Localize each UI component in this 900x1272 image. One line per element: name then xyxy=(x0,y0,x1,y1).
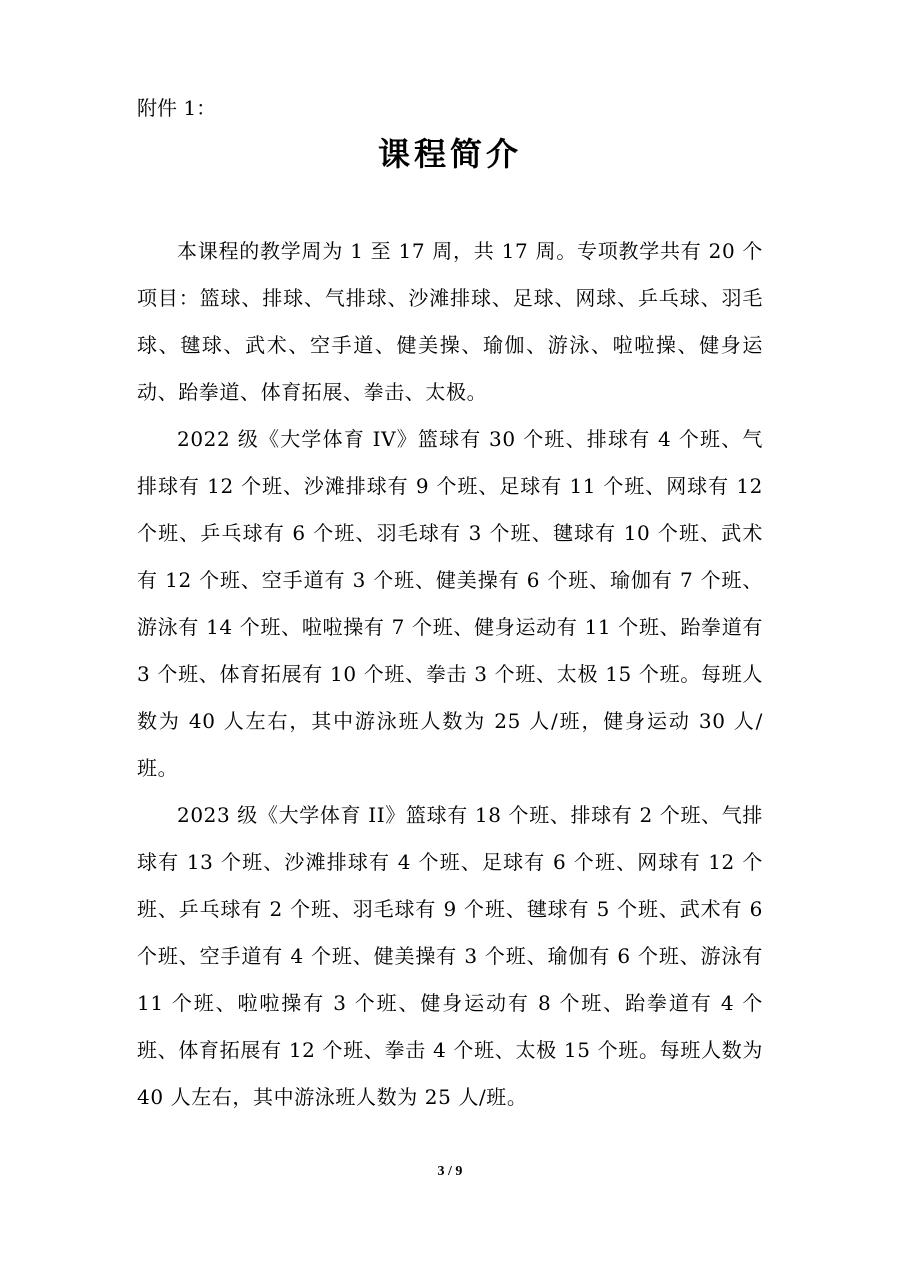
attachment-label: 附件 1： xyxy=(137,94,216,122)
paragraph-overview: 本课程的教学周为 1 至 17 周，共 17 周。专项教学共有 20 个项目：篮… xyxy=(137,228,763,416)
page-title: 课程简介 xyxy=(0,132,900,176)
paragraph-2022-classes: 2022 级《大学体育 IV》篮球有 30 个班、排球有 4 个班、气排球有 1… xyxy=(137,416,763,792)
paragraph-2023-classes: 2023 级《大学体育 II》篮球有 18 个班、排球有 2 个班、气排球有 1… xyxy=(137,792,763,1121)
document-body: 本课程的教学周为 1 至 17 周，共 17 周。专项教学共有 20 个项目：篮… xyxy=(137,228,763,1121)
page-number: 3 / 9 xyxy=(0,1164,900,1180)
